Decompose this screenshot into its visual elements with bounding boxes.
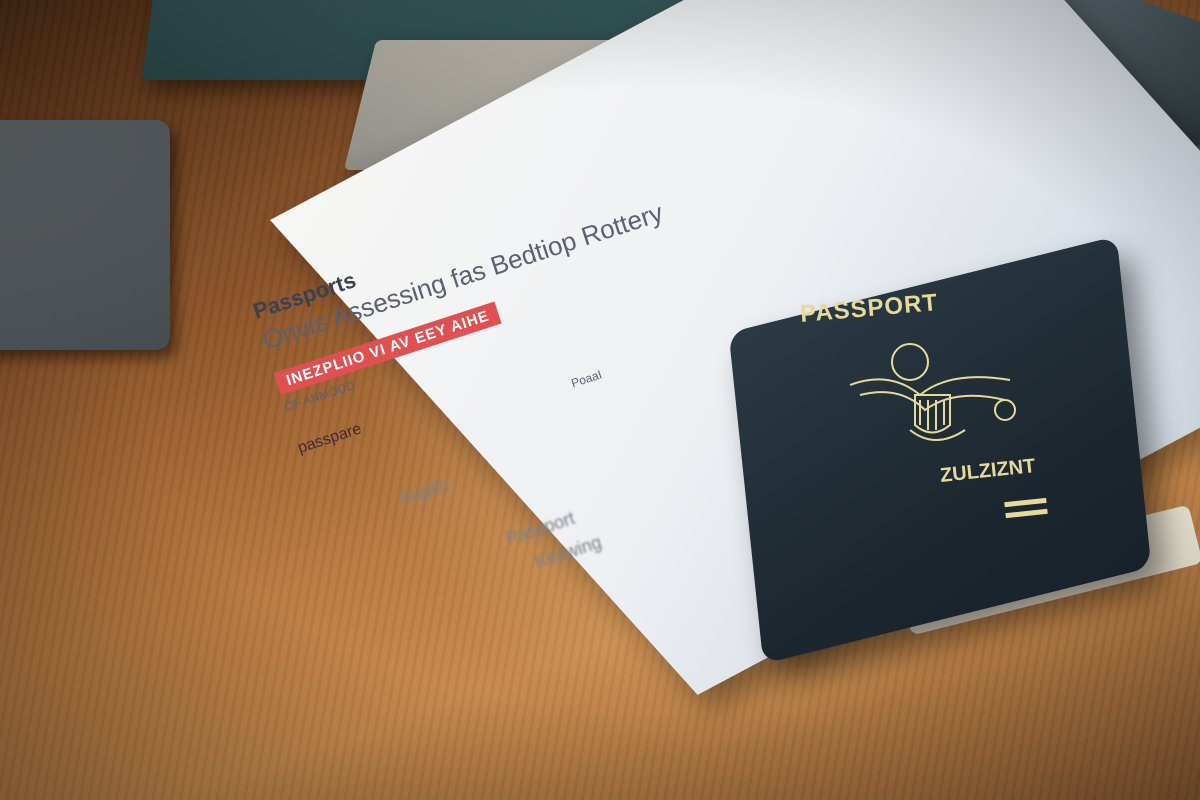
vignette <box>0 0 1200 800</box>
